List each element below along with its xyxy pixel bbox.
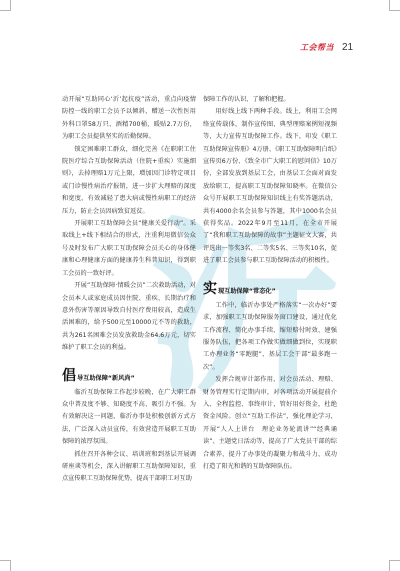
heading-text: 现互助保障“常态化” — [218, 288, 276, 296]
magazine-brand: 工会帮当 — [300, 42, 334, 53]
paragraph: 开展职工互助保障会员“健康关爱行动”。采取线上+线下相结合的形式，注重利用微信公… — [62, 218, 196, 280]
heading-text: 导互助保障“新风尚” — [77, 375, 135, 383]
section-heading-normalization: 实 现互助保障“常态化” — [203, 282, 337, 296]
crop-mark-bottom-right — [389, 560, 400, 571]
paragraph: 抓住召开各种会议、培训班和到基层开展调研座谈等机会，深入讲解职工互助保障知识，重… — [62, 449, 196, 486]
section-heading-new-trend: 倡 导互助保障“新风尚” — [62, 369, 196, 383]
crop-mark-top-right — [389, 0, 400, 11]
running-head: 工会帮当 21 — [300, 42, 353, 53]
heading-initial: 倡 — [62, 369, 76, 383]
paragraph: 临沂互助保障工作起步较晚，在广大职工群众中普及度不够、知晓度不高、吸引力不强。为… — [62, 387, 196, 449]
crop-mark-bottom-left — [0, 560, 11, 571]
left-column: 动开展“互助同心‘沂’起抗疫”活动，重点向疫情防控一线的职工会员予以倾斜，赠送一… — [62, 94, 196, 486]
paragraph: 开展“互助保障·情暖会员”二次救助活动，对会员本人或家庭成员因住院、重疾、长期治… — [62, 280, 196, 354]
paragraph: 工作中，临沂办事处严格落实“一次办好”要求，加强职工互助保障服务窗口建设，通过优… — [203, 300, 337, 374]
paragraph: 锁定困难职工群众，细化完善《在职职工住院医疗综合互助保障活动（住院+重疾）实施细… — [62, 144, 196, 218]
heading-initial: 实 — [203, 282, 217, 296]
paragraph: 发挥合规审计部作用，对会员活动、理赔、财务管理实行定期内审，对各项活动开展提前介… — [203, 374, 337, 473]
page-number: 21 — [342, 42, 353, 53]
paragraph: 保障工作的认识、了解和把握。 — [203, 94, 337, 106]
right-column: 保障工作的认识、了解和把握。 用好线上线下两种手段。线上，利用工会网络宣传载体，… — [203, 94, 337, 473]
paragraph: 用好线上线下两种手段。线上，利用工会网络宣传载体，制作宣传图、典型理赔案例短视频… — [203, 106, 337, 267]
crop-mark-top-left — [0, 0, 11, 11]
paragraph: 动开展“互助同心‘沂’起抗疫”活动，重点向疫情防控一线的职工会员予以倾斜，赠送一… — [62, 94, 196, 144]
